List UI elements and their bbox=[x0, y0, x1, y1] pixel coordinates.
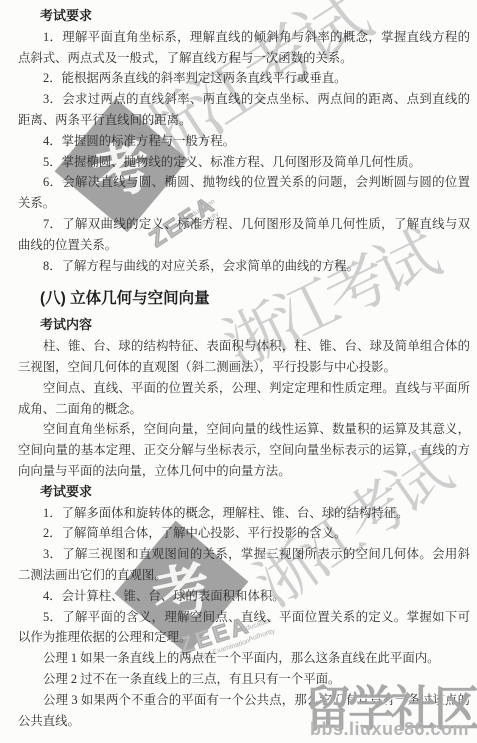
requirement-item: 6．会解决直线与圆、椭圆、抛物线的位置关系的问题，会判断圆与圆的位置关系。 bbox=[18, 172, 470, 214]
requirement-item: 5．了解平面的含义，理解空间点、直线、平面位置关系的定义。掌握如下可以作为推理依… bbox=[18, 607, 470, 649]
requirement-item: 4．会计算柱、锥、台、球的表面积和体积。 bbox=[18, 586, 470, 607]
content-paragraph: 柱、锥、台、球的结构特征、表面积与体积，柱、锥、台、球及简单组合体的三视图，空间… bbox=[18, 336, 470, 378]
scanned-document-page: 浙江考试 浙江考试 浙江考试 考 ZEEA Education Authorit… bbox=[0, 0, 477, 743]
requirement-item: 4．掌握圆的标准方程与一般方程。 bbox=[18, 131, 470, 152]
requirement-item: 1．理解平面直角坐标系，理解直线的倾斜角与斜率的概念，掌握直线方程的点斜式、两点… bbox=[18, 27, 470, 69]
requirement-item: 3．会求过两点的直线斜率、两直线的交点坐标、两点间的距离、点到直线的距离、两条平… bbox=[18, 89, 470, 131]
axiom-item: 公理 1 如果一条直线上的两点在一个平面内，那么这条直线在此平面内。 bbox=[18, 648, 470, 669]
requirement-item: 7．了解双曲线的定义、标准方程、几何图形及简单几何性质，了解直线与双曲线的位置关… bbox=[18, 214, 470, 256]
requirement-item: 2．能根据两条直线的斜率判定这两条直线平行或垂直。 bbox=[18, 68, 470, 89]
axiom-item: 公理 2 过不在一条直线上的三点，有且只有一个平面。 bbox=[18, 669, 470, 690]
exam-content-heading: 考试内容 bbox=[18, 315, 470, 336]
content-paragraph: 空间直角坐标系，空间向量，空间向量的线性运算、数量积的运算及其意义，空间向量的基… bbox=[18, 419, 470, 481]
requirement-item: 1．了解多面体和旋转体的概念，理解柱、锥、台、球的结构特征。 bbox=[18, 503, 470, 524]
section-title-part8: (八) 立体几何与空间向量 bbox=[18, 288, 470, 310]
requirement-item: 8．了解方程与曲线的对应关系，会求简单的曲线的方程。 bbox=[18, 256, 470, 277]
requirement-item: 2．了解简单组合体，了解中心投影、平行投影的含义。 bbox=[18, 523, 470, 544]
exam-requirements-heading-part7: 考试要求 bbox=[18, 6, 470, 27]
exam-requirements-heading-part8: 考试要求 bbox=[18, 482, 470, 503]
document-body: 考试要求 1．理解平面直角坐标系，理解直线的倾斜角与斜率的概念，掌握直线方程的点… bbox=[18, 6, 470, 731]
requirement-item: 5．掌握椭圆、抛物线的定义、标准方程、几何图形及简单几何性质。 bbox=[18, 152, 470, 173]
content-paragraph: 空间点、直线、平面的位置关系，公理、判定定理和性质定理。直线与平面所成角、二面角… bbox=[18, 378, 470, 420]
requirement-item: 3．了解三视图和直观图间的关系，掌握三视图所表示的空间几何体。会用斜二测法画出它… bbox=[18, 544, 470, 586]
axiom-item: 公理 3 如果两个不重合的平面有一个公共点，那么它们有且只有一条过该点的公共直线… bbox=[18, 690, 470, 732]
